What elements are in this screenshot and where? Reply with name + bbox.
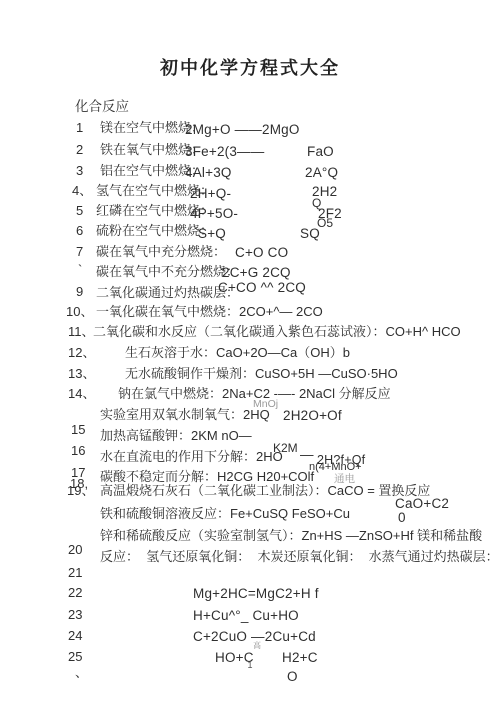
row-equation: Mg+2HC=MgC2+H f <box>193 586 319 602</box>
row-equation: C+O CO <box>235 245 288 261</box>
row-equation: H+Cu^°_ Cu+HO <box>193 608 299 624</box>
row-number: 24 <box>68 629 82 644</box>
row-equation-superscript: O5 <box>317 217 333 231</box>
row-equation: 2H+Q- <box>190 186 231 202</box>
row-label: 硫粉在空气中燃烧： <box>96 224 213 239</box>
row-text: 锌和稀硫酸反应（实验室制氢气）：Zn+HS —ZnSO+Hf 镁和稀盐酸 <box>100 529 482 544</box>
row-equation: 4P+5O- <box>190 206 238 222</box>
row-number: ` <box>78 263 82 278</box>
row-text: 反应： 氢气还原氧化铜： 木炭还原氧化铜： 水蒸气通过灼热碳层： <box>100 550 499 565</box>
row-number: 6 <box>76 224 83 239</box>
row-text: 二氧化碳和水反应（二氧化碳通入紫色石蕊试液）：CO+H^ HCO <box>93 325 461 340</box>
row-equation-underprint: n(4+MnO+ <box>309 461 362 474</box>
row-equation-product: O <box>287 669 298 685</box>
row-text: 生石灰溶于水：CaO+2O—Ca（OH）b <box>125 346 350 361</box>
row-number: 14、 <box>68 387 95 402</box>
row-number: 2 <box>76 143 83 158</box>
document-page: 初中化学方程式大全 化合反应 1 镁在空气中燃烧： 2Mg+O ——2MgO 2… <box>0 0 500 708</box>
row-number: 1 <box>76 121 83 136</box>
row-number: 22 <box>68 586 82 601</box>
row-number: 9 <box>76 285 83 300</box>
row-text: 高温煅烧石灰石（二氧化碳工业制法）：CaCO = 置换反应 <box>100 484 430 499</box>
page-number: 1 <box>0 660 500 670</box>
row-equation-product: 2A°Q <box>305 165 338 181</box>
row-equation: C+CO ^^ 2CQ <box>218 280 306 296</box>
row-equation-product: FaO <box>307 144 334 160</box>
row-label: 碳在氧气中不充分燃烧： <box>96 265 239 280</box>
row-number: 3 <box>76 164 83 179</box>
row-equation: 3Fe+2(3—— <box>185 144 264 160</box>
row-text: 铁和硫酸铜溶液反应：Fe+CuSQ FeSO+Cu <box>100 507 350 522</box>
row-number: 16 <box>71 444 85 459</box>
row-equation-product: 2H2O+Of <box>283 408 342 424</box>
row-number: 23 <box>68 608 82 623</box>
row-text: 无水硫酸铜作干燥剂：CuSO+5H —CuSO·5HO <box>125 367 398 382</box>
row-text: 一氧化碳在氧气中燃烧：2CO+^— 2CO <box>96 305 323 320</box>
row-number: 15 <box>71 423 85 438</box>
section-heading: 化合反应 <box>75 99 129 115</box>
row-number: 5 <box>76 204 83 219</box>
row-number: 7 <box>76 245 83 260</box>
row-number: 4、 <box>72 184 92 199</box>
row-equation-overprint: K2M <box>273 442 298 456</box>
page-title: 初中化学方程式大全 <box>0 58 500 79</box>
row-equation-product: 0 <box>398 510 406 526</box>
row-equation: 2C+G 2CQ <box>222 265 291 281</box>
row-text: 水在直流电的作用下分解：2HO <box>100 450 283 465</box>
row-equation: 2Mg+O ——2MgO <box>185 122 300 138</box>
row-number: 11、 <box>68 325 95 340</box>
row-number-overlap: 19、 <box>67 484 94 499</box>
condition-annotation: 高 <box>253 641 261 650</box>
row-number: 13、 <box>68 367 95 382</box>
row-number: 21 <box>68 566 82 581</box>
row-equation: S+Q <box>198 226 226 242</box>
row-number: 12、 <box>68 346 95 361</box>
row-text: 加热高锰酸钾：2KM nO— <box>100 429 252 444</box>
row-number: 20 <box>68 543 82 558</box>
row-text: 实验室用双氧水制氧气：2HQ <box>100 408 270 423</box>
row-number: 10、 <box>66 305 93 320</box>
row-equation: 4Al+3Q <box>185 165 232 181</box>
row-label: 碳在氧气中充分燃烧： <box>96 245 226 260</box>
